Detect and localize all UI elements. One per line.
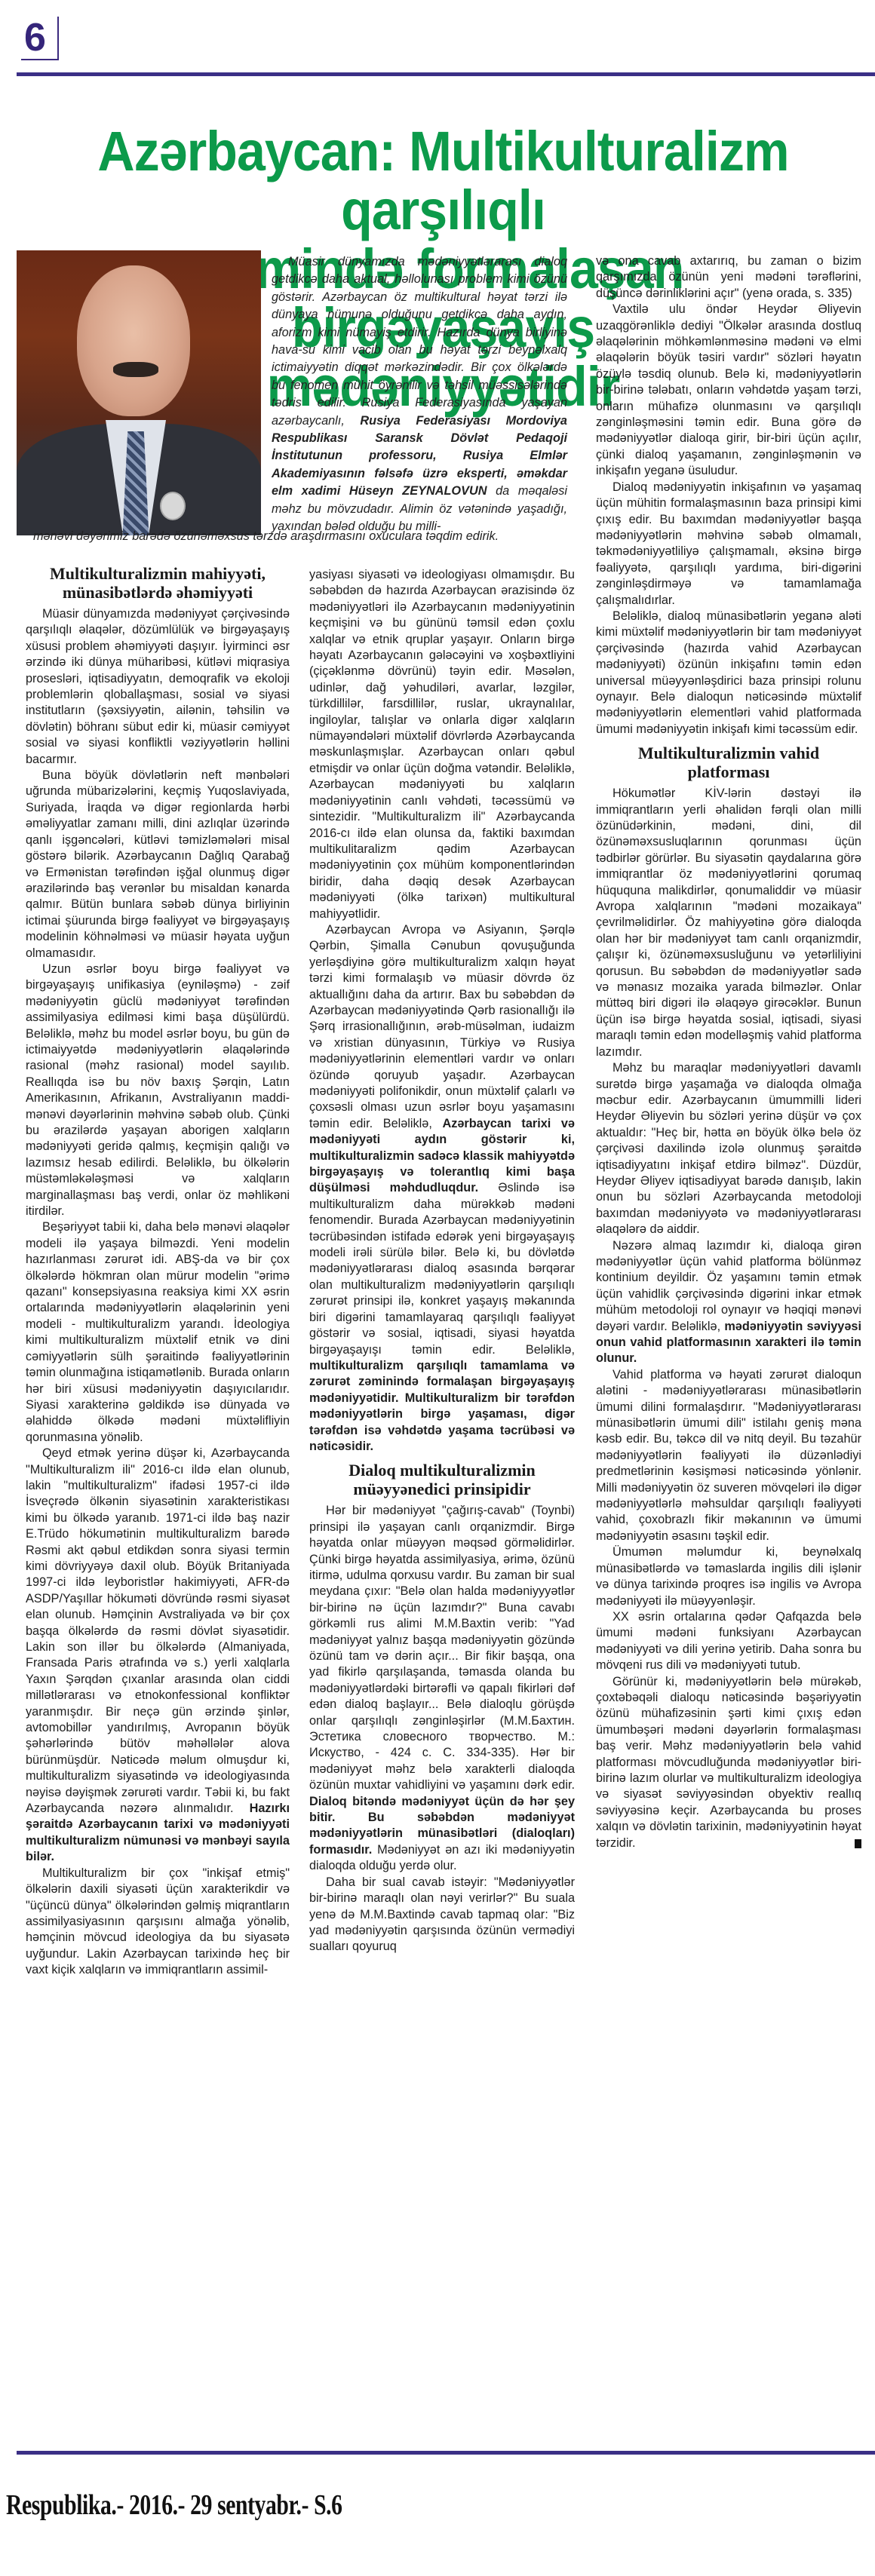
paragraph: Azərbaycan Avropa və Asiyanın, Şərqlə Qə… [309,922,575,1455]
paragraph: Müasir dünyamızda mədəniyyət çərçivəsind… [26,606,290,768]
source-citation: Respublika.- 2016.- 29 sentyabr.- S.6 [6,2489,342,2522]
paragraph: Nəzərə almaq lazımdır ki, dialoqa girən … [596,1238,861,1367]
footer-rule [17,2451,875,2455]
paragraph: Hökumətlər KİV-lərin dəstəyi ilə immiqra… [596,786,861,1060]
lead-tail: mənəvi dəyərimiz barədə özünəməxsus tərz… [33,528,567,545]
paragraph: Məhz bu maraqlar mədəniyyətləri davamlı … [596,1060,861,1237]
paragraph-bold: multikulturalizm qarşılıqlı tamamlama və… [309,1359,575,1453]
page-number: 6 [24,17,46,59]
photo-mustache [113,362,158,377]
paragraph: Buna böyük dövlətlərin neft mənbələri uğ… [26,768,290,961]
paragraph-text: Əslində isə multikulturalizm daha mürəkk… [309,1181,575,1356]
paragraph: və ona cavab axtarırıq, bu zaman o bizim… [596,253,861,302]
photo-face [77,265,190,416]
paragraph: Qeyd etmək yerinə düşər ki, Azərbaycanda… [26,1446,290,1866]
paragraph: Dialoq mədəniyyətin inkişafının və yaşam… [596,480,861,609]
paragraph: XX əsrin ortalarına qədər Qafqazda belə … [596,1609,861,1674]
title-line-1: Azərbaycan: Multikulturalizm qarşılıqlı [97,120,788,241]
paragraph: Beləliklə, dialoq münasibətlərin yeganə … [596,609,861,738]
paragraph-text: Qeyd etmək yerinə düşər ki, Azərbaycanda… [26,1446,290,1815]
paragraph-text: Hər bir mədəniyyət "çağırış-cavab" (Toyn… [309,1504,575,1792]
section-heading-dialogue: Dialoq multikulturalizmin müəyyənedici p… [309,1461,575,1498]
section-heading-platform: Multikulturalizmin vahid platforması [596,744,861,781]
paragraph: Hər bir mədəniyyət "çağırış-cavab" (Toyn… [309,1503,575,1874]
column-1: Multikulturalizmin mahiyyəti, münasibətl… [26,558,290,1979]
paragraph: Beşəriyyət tabii ki, daha belə mənəvi əl… [26,1219,290,1446]
paragraph: Multikulturalizm bir çox "inkişaf etmiş"… [26,1866,290,1979]
paragraph: Ümumən məlumdur ki, beynəlxalq münasibət… [596,1544,861,1609]
section-heading-essence: Multikulturalizmin mahiyyəti, münasibətl… [26,564,290,602]
paragraph-text: Azərbaycan Avropa və Asiyanın, Şərqlə Qə… [309,923,575,1130]
paragraph: Uzun əsrlər boyu birgə fəaliyyət və birg… [26,961,290,1220]
paragraph: Vahid platforma və həyati zərurət dialoq… [596,1367,861,1544]
article-lead: Müasir dünyamızda mədəniyyətlərarası dia… [272,253,567,536]
paragraph: yasiyası siyasəti və ideologiyası olmamı… [309,567,575,922]
header-rule [17,72,875,76]
paragraph: Görünür ki, mədəniyyətlərin belə mürəkəb… [596,1674,861,1851]
author-photo [17,250,261,535]
paragraph-text: Görünür ki, mədəniyyətlərin belə mürəkəb… [596,1675,861,1850]
photo-medal [160,492,186,520]
paragraph: Vaxtilə ulu öndər Heydər Əliyevin uzaqgö… [596,302,861,479]
column-3: və ona cavab axtarırıq, bu zaman o bizim… [596,253,861,1851]
end-of-article-mark [855,1839,861,1848]
lead-text: Müasir dünyamızda mədəniyyətlərarası dia… [272,255,567,428]
lead-paragraph: Müasir dünyamızda mədəniyyətlərarası dia… [272,253,567,536]
page-number-box: 6 [21,17,59,60]
column-2: yasiyası siyasəti və ideologiyası olmamı… [309,567,575,1955]
paragraph: Daha bir sual cavab istəyir: "Mədəniyyət… [309,1875,575,1955]
